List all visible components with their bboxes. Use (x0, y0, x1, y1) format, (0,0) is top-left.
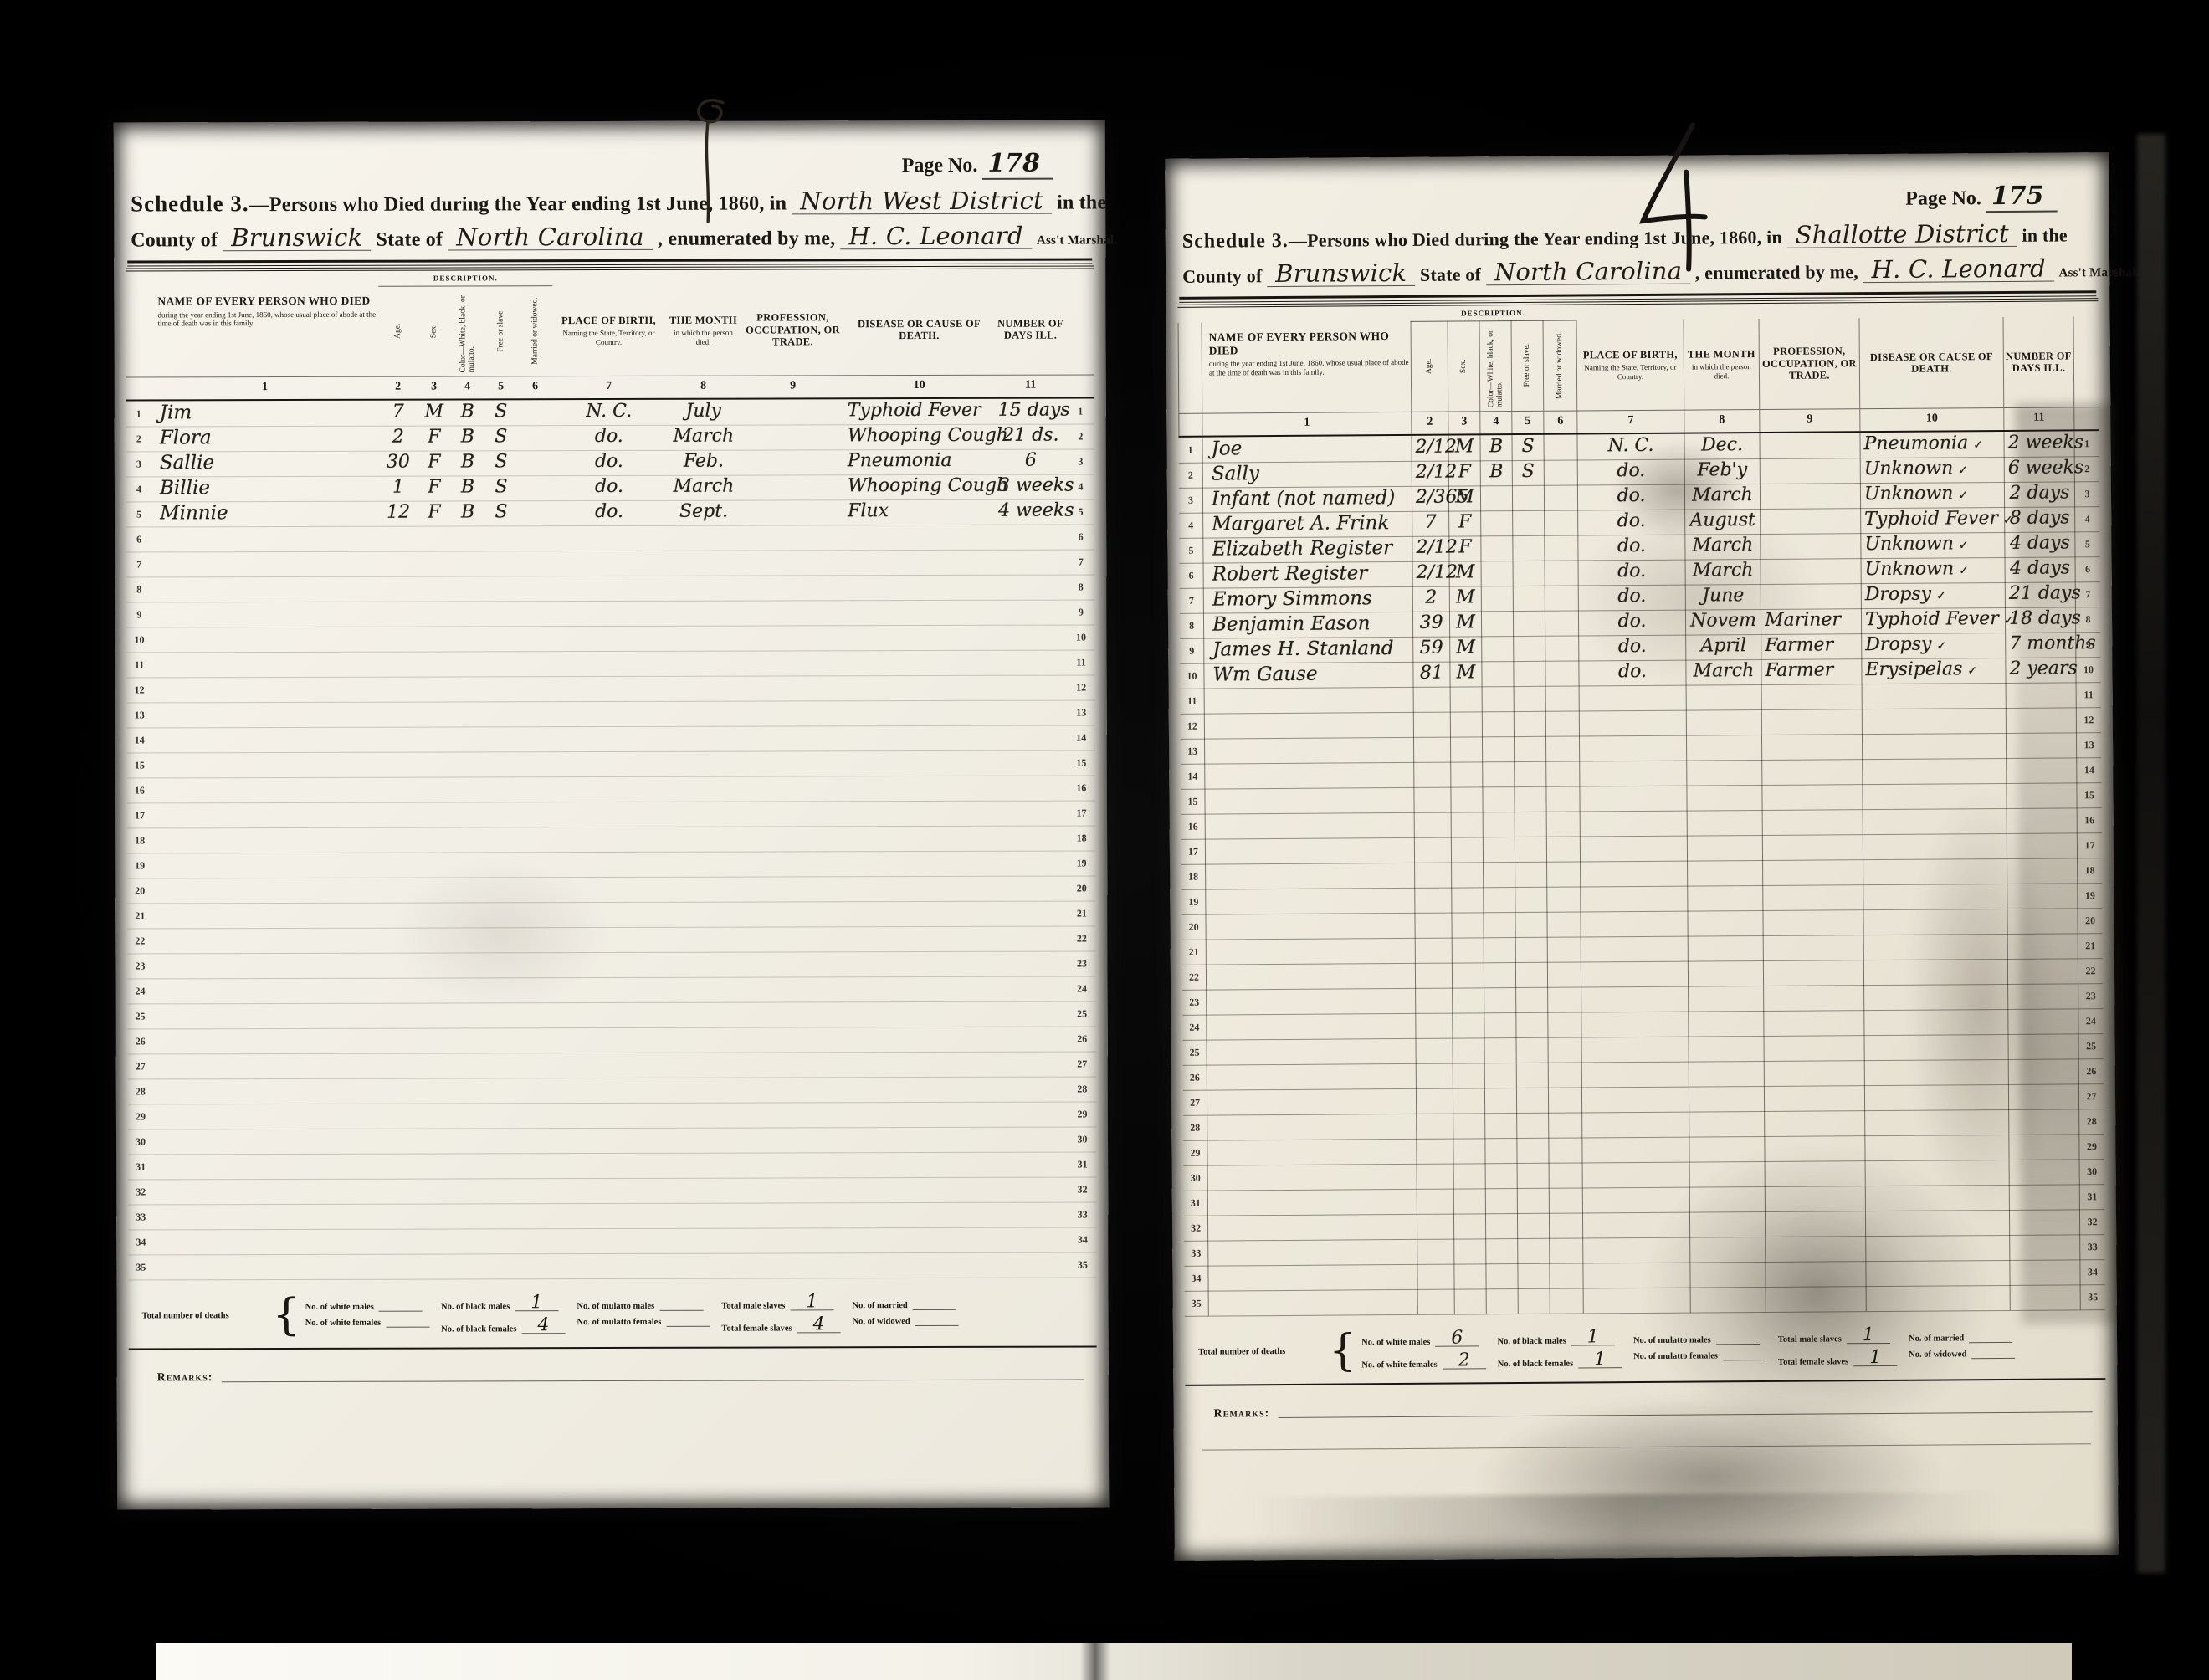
cell-married (519, 952, 554, 978)
cell-month (1688, 960, 1763, 987)
month-subtitle: in which the person died. (1686, 362, 1757, 381)
cell-month (665, 601, 742, 627)
cell-prof (1764, 1135, 1864, 1162)
cell-sex (418, 902, 452, 928)
cell-color (453, 1002, 486, 1028)
cell-disease (844, 650, 995, 676)
cell-prof (744, 1102, 846, 1128)
cell-birth (554, 802, 666, 827)
cell-prof (743, 700, 845, 726)
name-column-subtitle: during the year ending 1st June, 1860, w… (157, 310, 377, 328)
cell-disease: Unknown✓ (1860, 532, 2004, 559)
cell-age (1416, 1139, 1453, 1165)
cell-disease (844, 525, 995, 551)
disease-column-header: DISEASE OR CAUSE OF DEATH. (843, 284, 994, 375)
cell-married (1544, 510, 1577, 536)
sex-column-header: Sex. (1448, 320, 1480, 411)
table-row: 2424 (128, 976, 1096, 1003)
cell-married (520, 977, 555, 1003)
table-row: 3333 (128, 1201, 1096, 1229)
cell-age (1417, 1289, 1454, 1315)
cell-days (995, 625, 1067, 651)
cell-month (1689, 1237, 1765, 1263)
cell-free (485, 726, 519, 752)
cell-disease (845, 851, 996, 877)
cell-birth: do. (1578, 560, 1685, 586)
cell-month (665, 576, 742, 602)
cell-prof (1761, 684, 1862, 710)
cell-age (1416, 1114, 1453, 1140)
cell-disease (1864, 1135, 2008, 1161)
cell-free (485, 802, 519, 827)
month-title: THE MONTH (1686, 348, 1757, 361)
cell-birth (1581, 1137, 1689, 1164)
column-number-4: 4 (1479, 412, 1511, 433)
cell-days (995, 575, 1067, 601)
column-number-4: 4 (451, 376, 484, 398)
cell-disease (846, 1077, 997, 1103)
cell-color (452, 902, 485, 928)
district-handwritten: Shallotte District (1786, 222, 2017, 248)
cell-disease (846, 1027, 997, 1053)
cell-name (1207, 1063, 1416, 1091)
footer-rule (129, 1345, 1097, 1350)
cell-days (996, 876, 1068, 902)
cell-birth (555, 1203, 667, 1229)
remarks-label: Remarks: (1214, 1407, 1270, 1421)
cell-name (1204, 687, 1413, 715)
cell-married (1545, 586, 1578, 612)
row-number-right: 19 (2077, 883, 2102, 909)
cell-sex (419, 1228, 453, 1254)
sex-column-label: Sex. (429, 324, 438, 338)
cell-free (486, 1053, 520, 1078)
cell-month (1689, 1186, 1765, 1213)
cell-free (1517, 1263, 1549, 1289)
cell-married (519, 676, 554, 702)
row-number-right: 13 (2076, 732, 2101, 758)
row-number-left: 29 (1183, 1140, 1207, 1166)
cell-sex (1452, 987, 1484, 1013)
cell-month (667, 977, 744, 1003)
cell-married (519, 927, 554, 953)
cell-month (1689, 1086, 1764, 1113)
cell-age (381, 1254, 419, 1280)
tally-pair: No. of married (1909, 1334, 2015, 1344)
cell-free (486, 1002, 520, 1028)
cell-age (380, 677, 418, 703)
row-number-left: 20 (127, 878, 152, 904)
row-number-left: 1 (1178, 438, 1202, 464)
cell-married (1544, 460, 1577, 486)
cell-month (1688, 1011, 1763, 1037)
scan-stain (1249, 1492, 2002, 1555)
total-deaths-label: Total number of deaths (129, 1311, 268, 1320)
row-number-left: 29 (128, 1104, 153, 1129)
total-deaths-label: Total number of deaths (1185, 1346, 1324, 1356)
cell-birth (554, 952, 666, 978)
cell-color (451, 576, 484, 602)
cell-married (519, 877, 554, 903)
cell-birth: N. C. (1576, 434, 1684, 461)
cell-prof (744, 1027, 846, 1053)
table-row: 88 (126, 574, 1094, 602)
cell-birth (555, 1002, 667, 1028)
cell-color: B (1479, 435, 1511, 461)
row-number-right: 17 (1068, 800, 1095, 826)
cell-age: 2/12 (1412, 536, 1448, 562)
table-row: 1010 (126, 624, 1094, 652)
row-number-left: 10 (126, 627, 151, 653)
table-row: 1515 (127, 750, 1095, 777)
cell-color (452, 776, 485, 802)
schedule-label: Schedule 3. (131, 191, 249, 216)
tally-value-female_slaves: 4 (797, 1317, 841, 1333)
cell-married (520, 1103, 555, 1129)
cell-sex (419, 1178, 453, 1204)
age-column-header: Age. (378, 286, 417, 376)
cell-name (152, 827, 380, 854)
row-number-left: 12 (127, 677, 152, 703)
page-no-value: 175 (1986, 182, 2058, 213)
cell-month (666, 827, 743, 853)
cell-sex: M (1449, 561, 1481, 586)
cell-prof (742, 424, 844, 450)
brace-glyph: { (1329, 1329, 1356, 1372)
tally-label-black_males: No. of black males (1498, 1337, 1566, 1347)
cell-prof (743, 725, 845, 751)
column-number-3: 3 (1448, 412, 1479, 433)
cell-free (1518, 1288, 1550, 1314)
cell-married (518, 450, 553, 476)
cell-days (2009, 1159, 2079, 1186)
cell-disease (1864, 1084, 2008, 1111)
cell-color (1485, 1263, 1517, 1289)
cell-days: 2 weeks (2003, 431, 2073, 458)
tally-value-married (1969, 1342, 2012, 1343)
cell-month: August (1684, 509, 1760, 535)
tally-label-mulatto_females: No. of mulatto females (577, 1318, 661, 1327)
cell-days (2008, 1083, 2078, 1110)
cell-days (997, 976, 1069, 1002)
cell-married (520, 1078, 555, 1104)
cell-days (997, 1227, 1069, 1253)
cell-age: 2/12 (1411, 436, 1448, 462)
cell-age (1417, 1189, 1453, 1215)
totals-row: Total number of deaths{No. of white male… (1185, 1319, 2105, 1378)
cell-age (1415, 988, 1452, 1014)
cell-disease: Unknown✓ (1860, 482, 2004, 509)
cell-disease (1863, 884, 2007, 910)
cell-days (2007, 807, 2077, 834)
row-number-left: 9 (126, 602, 151, 627)
tally-stack: No. of mulatto malesNo. of mulatto femal… (1633, 1335, 1766, 1361)
cell-prof (1765, 1186, 1865, 1212)
cell-married (1548, 1063, 1581, 1088)
cell-month: March (1684, 484, 1760, 510)
cell-sex (419, 1153, 453, 1179)
cell-married (520, 1203, 555, 1229)
row-number-left: 24 (1182, 1015, 1206, 1041)
cell-color (1481, 661, 1513, 687)
page-gap (1080, 1643, 1110, 1680)
cell-age (379, 602, 418, 627)
row-number-left: 16 (127, 777, 152, 803)
cell-color (451, 551, 484, 576)
cell-name (1207, 1264, 1417, 1292)
cell-birth (553, 525, 665, 551)
cell-disease (845, 776, 996, 802)
column-number-9: 9 (742, 376, 844, 397)
row-number-left: 25 (128, 1003, 153, 1029)
cell-days (2008, 1109, 2078, 1135)
row-number-right: 16 (2077, 807, 2102, 833)
row-number-right: 27 (1069, 1051, 1096, 1077)
cell-sex: M (1449, 636, 1481, 662)
cell-color (1484, 987, 1515, 1013)
cell-free (486, 977, 520, 1003)
cell-age: 2/12 (1412, 461, 1448, 487)
cell-days (2007, 832, 2077, 859)
cell-color (451, 626, 484, 652)
cell-prof: Farmer (1761, 658, 1861, 685)
cell-prof (1761, 709, 1862, 735)
cell-age (1416, 1063, 1453, 1089)
cell-month (1689, 1111, 1764, 1138)
table-row: 1414 (127, 725, 1095, 752)
cell-disease (844, 625, 995, 651)
table-row: 2626 (128, 1026, 1096, 1053)
row-number-left: 33 (128, 1204, 153, 1230)
cell-birth: do. (1578, 660, 1685, 687)
cell-age: 12 (379, 501, 418, 527)
cell-disease: Dropsy✓ (1861, 633, 2005, 659)
cell-color (1483, 837, 1515, 863)
cell-sex: F (418, 501, 451, 527)
cell-month (667, 1178, 744, 1204)
row-number-right: 27 (2078, 1083, 2104, 1109)
cell-birth (555, 977, 667, 1003)
cell-sex: F (418, 451, 451, 477)
in-the-label: in the (1057, 192, 1106, 213)
cell-prof (744, 1127, 846, 1153)
cell-birth (1579, 685, 1686, 712)
cell-prof (1760, 533, 1860, 560)
cell-disease (845, 725, 996, 751)
title-text: —Persons who Died during the Year ending… (249, 192, 787, 216)
cell-prof (1762, 909, 1863, 936)
cell-month (666, 902, 743, 928)
cell-month (1688, 935, 1763, 962)
cell-married (1545, 661, 1578, 687)
cell-sex (418, 802, 452, 827)
tally-label-married: No. of married (853, 1301, 908, 1310)
cell-age (1413, 712, 1450, 738)
cell-disease (846, 1252, 997, 1278)
row-number-right: 10 (1067, 624, 1094, 650)
cell-birth (1580, 886, 1687, 913)
cell-prof: Mariner (1761, 608, 1861, 635)
cell-month: March (665, 425, 742, 451)
cell-disease (845, 901, 996, 927)
remarks-blank-line (221, 1380, 1083, 1383)
cell-name (151, 551, 379, 578)
row-number-right: 29 (2078, 1134, 2104, 1160)
row-number-right: 23 (2078, 983, 2103, 1009)
cell-sex (418, 726, 452, 752)
row-number-right: 7 (2075, 581, 2100, 607)
tally-label-female_slaves: Total female slaves (721, 1324, 792, 1333)
totals-row: Total number of deaths{No. of white male… (128, 1287, 1096, 1341)
color-column-header: Color—White, black, or mulatto. (450, 285, 484, 376)
cell-sex (418, 651, 451, 677)
cell-birth (1581, 1012, 1688, 1038)
remarks-row: Remarks: (1186, 1401, 2106, 1421)
table-row: 5Minnie12FBSdo.Sept.Flux4 weeks5 (126, 499, 1094, 526)
cell-color (1480, 510, 1512, 536)
cell-disease: Whooping Cough (844, 474, 995, 500)
cell-color (1485, 1188, 1517, 1214)
row-number-right: 9 (2075, 632, 2100, 658)
cell-sex (419, 1253, 453, 1279)
cell-days (2007, 933, 2078, 960)
cell-sex (1454, 1288, 1486, 1314)
cell-prof (743, 776, 845, 802)
cell-color: B (451, 400, 484, 426)
marshal-label: Ass't Marshal. (1037, 233, 1117, 247)
cell-sex (1451, 887, 1483, 913)
cell-free (485, 827, 519, 853)
tally-pair: No. of widowed (853, 1317, 959, 1326)
cell-age: 2 (379, 426, 418, 452)
table-row: 1818 (127, 825, 1095, 853)
cell-married (519, 726, 554, 752)
cell-name: Wm Gause (1203, 662, 1412, 689)
birthplace-column-header: PLACE OF BIRTH,Naming the State, Territo… (1576, 320, 1684, 411)
cell-birth (1582, 1237, 1689, 1264)
cell-color: B (451, 450, 484, 476)
cell-age (379, 526, 418, 552)
row-number-right: 3 (1067, 448, 1094, 474)
cell-prof (1759, 433, 1859, 459)
cell-free (1513, 586, 1545, 612)
cell-married (518, 425, 553, 451)
cell-sex: F (1448, 510, 1480, 536)
tally-label-white_males: No. of white males (305, 1303, 374, 1312)
cell-month: March (1685, 659, 1761, 686)
county-label: County of (131, 229, 218, 251)
table-row: 1111 (126, 649, 1094, 677)
cell-month (1686, 760, 1761, 786)
sex-column-header: Sex. (417, 286, 450, 376)
cell-prof (1765, 1236, 1865, 1263)
cell-free (485, 927, 519, 953)
table-body: 1Jim7MBSN. C.JulyTyphoid Fever15 days12F… (126, 398, 1097, 1279)
cell-month (1687, 885, 1762, 912)
tally-label-female_slaves: Total female slaves (1778, 1357, 1848, 1367)
cell-color (1486, 1288, 1518, 1314)
cell-birth: do. (553, 500, 665, 526)
cell-free (1516, 1113, 1548, 1139)
cell-month (667, 1078, 744, 1104)
cell-disease: Unknown✓ (1861, 557, 2005, 584)
table-row: 77 (126, 549, 1094, 576)
cell-month (665, 626, 742, 652)
cell-married (1545, 561, 1578, 586)
table-row: 2525 (128, 1001, 1096, 1028)
cell-name: Sallie (151, 451, 379, 478)
cell-name (1205, 812, 1414, 840)
tally-value-black_females: 1 (1578, 1352, 1622, 1368)
cell-month: Feb'y (1684, 458, 1760, 485)
cell-name (1206, 938, 1415, 965)
row-number-right: 20 (2077, 908, 2102, 934)
cell-color (451, 525, 484, 551)
cell-free (1515, 1012, 1547, 1038)
cell-sex (1450, 711, 1482, 737)
cell-married (1545, 636, 1578, 662)
cell-married (1549, 1213, 1582, 1239)
cell-color (1485, 1213, 1517, 1239)
row-number-left: 3 (126, 451, 151, 477)
cell-age (381, 1104, 419, 1129)
cell-married (518, 525, 553, 551)
cell-days (2010, 1284, 2080, 1311)
cell-name: Jim (151, 401, 379, 428)
cell-days (2006, 682, 2076, 709)
name-column-title: NAME OF EVERY PERSON WHO DIED (1209, 330, 1409, 357)
cell-free (1515, 887, 1546, 913)
cell-days (996, 725, 1068, 751)
cell-name (1204, 737, 1413, 765)
cell-married (520, 1128, 555, 1154)
table-row: 3030 (128, 1126, 1096, 1154)
cell-age (1413, 687, 1450, 713)
cell-days: 21 ds. (995, 424, 1067, 450)
cell-free (1513, 661, 1545, 687)
row-number-left: 2 (1179, 463, 1202, 489)
cell-married (1546, 812, 1580, 837)
cell-free (1517, 1213, 1549, 1239)
row-number-left: 25 (1183, 1040, 1207, 1066)
cell-disease: Pneumonia✓ (1859, 432, 2003, 458)
tally-label-widowed: No. of widowed (853, 1317, 910, 1326)
cell-color (452, 877, 485, 903)
cell-free (486, 1203, 520, 1229)
row-number-left: 24 (128, 978, 153, 1004)
cell-disease (1864, 1059, 2008, 1086)
cell-month (666, 877, 743, 903)
cell-prof (744, 1152, 846, 1178)
cell-birth (555, 1253, 667, 1279)
cell-disease (1862, 733, 2006, 760)
cell-free (485, 751, 519, 777)
cell-free (1514, 786, 1545, 812)
cell-disease (1863, 984, 2007, 1011)
cell-free (486, 1228, 520, 1254)
remarks-row: Remarks: (129, 1369, 1097, 1385)
cell-month (1689, 1161, 1765, 1188)
schedule-title: Schedule 3.—Persons who Died during the … (1182, 221, 2093, 254)
check-mark: ✓ (1959, 539, 1969, 552)
brace-glyph: { (272, 1293, 300, 1337)
cell-prof (744, 1052, 846, 1078)
cell-color (451, 651, 484, 677)
cell-days: 18 days (2005, 607, 2075, 633)
cell-age (1416, 1038, 1453, 1064)
cell-days: 4 weeks (995, 499, 1067, 525)
cell-days (2007, 1008, 2078, 1035)
